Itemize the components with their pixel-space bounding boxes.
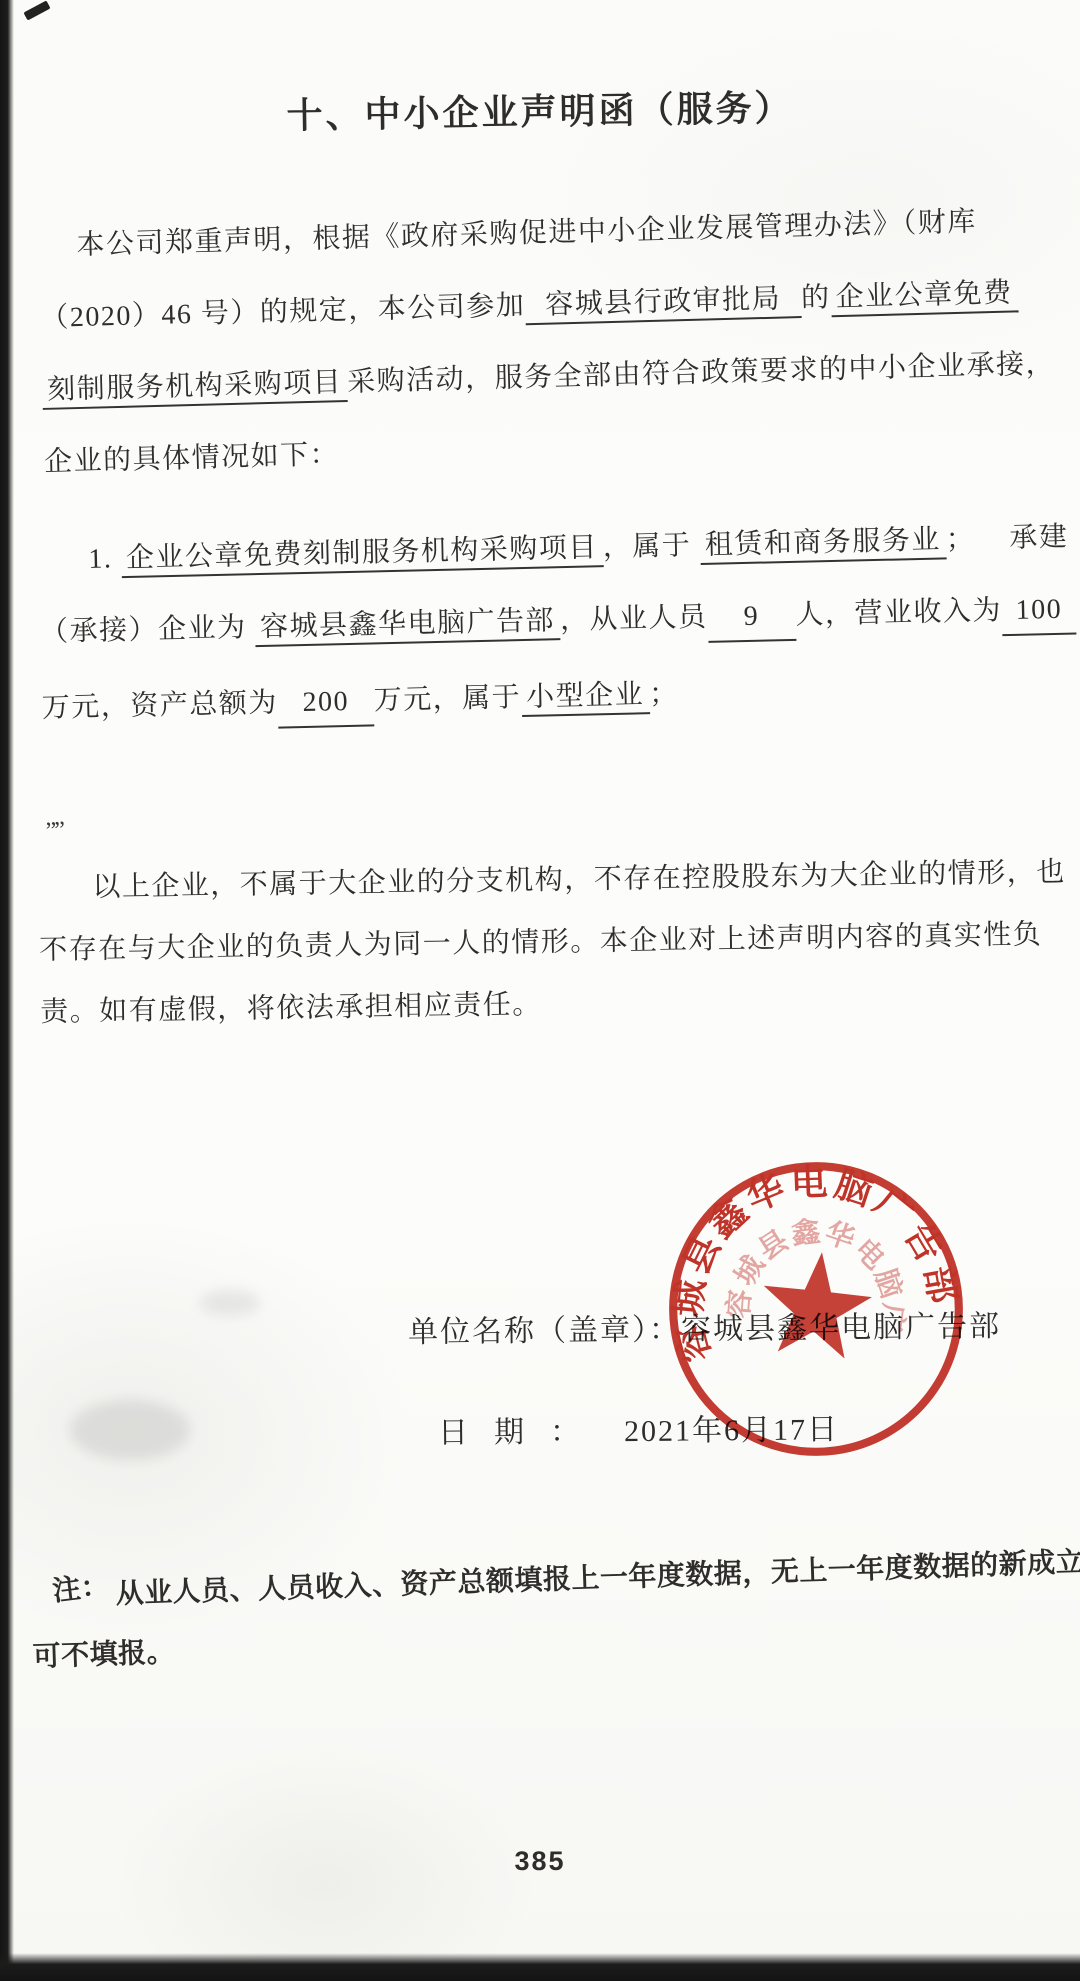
scan-corner-mark <box>23 0 50 20</box>
item-line: （承接）企业为 容城县鑫华电脑广告部，从业人员9人，营业收入为100 <box>40 589 1059 658</box>
para-line: 企业的具体情况如下： <box>44 415 1063 484</box>
para1-line2-pre: （2020）46 号）的规定，本公司参加 <box>40 290 526 334</box>
truthfulness-paragraph: 以上企业，不属于大企业的分支机构，不存在控股股东为大企业的情形，也 不存在与大企… <box>38 852 1059 1054</box>
industry-underlined: 租赁和商务服务业 <box>699 524 946 565</box>
page-number: 385 <box>0 1846 1080 1877</box>
item-line: 1. 企业公章免费刻制服务机构采购项目，属于 租赁和商务服务业；承建 <box>38 517 1057 582</box>
para-line: 刻制服务机构采购项目采购活动，服务全部由符合政策要求的中小企业承接， <box>42 343 1061 412</box>
revenue-blank: 100 <box>1001 588 1076 636</box>
para-line: （2020）46 号）的规定，本公司参加容城县行政审批局的企业公章免费 <box>40 271 1059 340</box>
item-sep3: ，从业人员 <box>560 602 708 636</box>
contractor-word: 承建 <box>1009 522 1069 554</box>
para1-line4: 企业的具体情况如下： <box>44 439 340 478</box>
footnote-prefix: 注： <box>50 1564 112 1613</box>
para-line: 本公司郑重声明，根据《政府采购促进中小企业发展管理办法》（财库 <box>38 199 1057 268</box>
item-sep6: ； <box>649 679 679 711</box>
scan-smudge <box>200 1290 260 1316</box>
company-name-underlined: 容城县鑫华电脑广告部 <box>255 605 561 647</box>
para1-line3-rest: 采购活动，服务全部由符合政策要求的中小企业承接， <box>347 348 1056 398</box>
item-line2-pre: （承接）企业为 <box>40 612 247 648</box>
project-name-part1-underlined: 企业公章免费 <box>830 277 1018 317</box>
project-name-part2-underlined: 刻制服务机构采购项目 <box>42 367 348 410</box>
para1-line1: 本公司郑重声明，根据《政府采购促进中小企业发展管理办法》（财库 <box>76 206 977 261</box>
document-title: 十、中小企业声明函（服务） <box>0 76 1080 144</box>
item-project-underlined: 企业公章免费刻制服务机构采购项目 <box>121 532 604 578</box>
purchaser-name-underlined: 容城县行政审批局 <box>525 283 802 325</box>
footnote-line1-text: 从业人员、人员收入、资产总额填报上一年度数据，无上一年度数据的新成立企业 <box>115 1544 1080 1609</box>
item-sep2: ； <box>945 524 975 556</box>
item-line: 万元，资产总额为200万元，属于小型企业； <box>41 665 1060 734</box>
scanned-document-page: 十、中小企业声明函（服务） 本公司郑重声明，根据《政府采购促进中小企业发展管理办… <box>0 0 1080 1981</box>
item-index: 1. <box>88 543 113 575</box>
stray-quote-marks: ”” <box>45 817 64 845</box>
footnote-line2-text: 可不填报。 <box>32 1636 175 1672</box>
para2-line2: 不存在与大企业的负责人为同一人的情形。本企业对上述声明内容的真实性负 <box>39 919 1042 966</box>
para-line: 不存在与大企业的负责人为同一人的情形。本企业对上述声明内容的真实性负 <box>39 914 1058 972</box>
item-sep5: 万元，属于 <box>373 682 521 716</box>
scan-edge-bottom <box>0 1953 1080 1981</box>
footnote: 注：从业人员、人员收入、资产总额填报上一年度数据，无上一年度数据的新成立企业 可… <box>30 1539 1080 1678</box>
para2-line1: 以上企业，不属于大企业的分支机构，不存在控股股东为大企业的情形，也 <box>92 857 1066 903</box>
assets-blank: 200 <box>277 680 374 728</box>
enterprise-detail-item: 1. 企业公章免费刻制服务机构采购项目，属于 租赁和商务服务业；承建 （承接）企… <box>38 517 1061 764</box>
para1-line2-mid: 的 <box>801 282 831 314</box>
para-line: 责。如有虚假，将依法承担相应责任。 <box>40 976 1059 1034</box>
employees-count-blank: 9 <box>707 595 796 643</box>
date-label: 日期： <box>438 1415 606 1449</box>
item-line3-pre: 万元，资产总额为 <box>41 688 278 724</box>
company-seal-stamp: 容城县鑫华电脑广告部 容城县鑫华电脑广告部 <box>643 1136 989 1482</box>
scan-smudge <box>70 1400 190 1460</box>
declaration-paragraph: 本公司郑重声明，根据《政府采购促进中小企业发展管理办法》（财库 （2020）46… <box>38 199 1063 514</box>
item-sep1: ，属于 <box>602 530 691 563</box>
para-line: 以上企业，不属于大企业的分支机构，不存在控股股东为大企业的情形，也 <box>38 852 1057 910</box>
item-sep4: 人，营业收入为 <box>795 595 1002 631</box>
enterprise-size-underlined: 小型企业 <box>521 679 650 717</box>
unit-name-label: 单位名称（盖章）： <box>408 1313 681 1349</box>
para2-line3: 责。如有虚假，将依法承担相应责任。 <box>40 989 542 1028</box>
scan-edge-left <box>0 0 14 1981</box>
